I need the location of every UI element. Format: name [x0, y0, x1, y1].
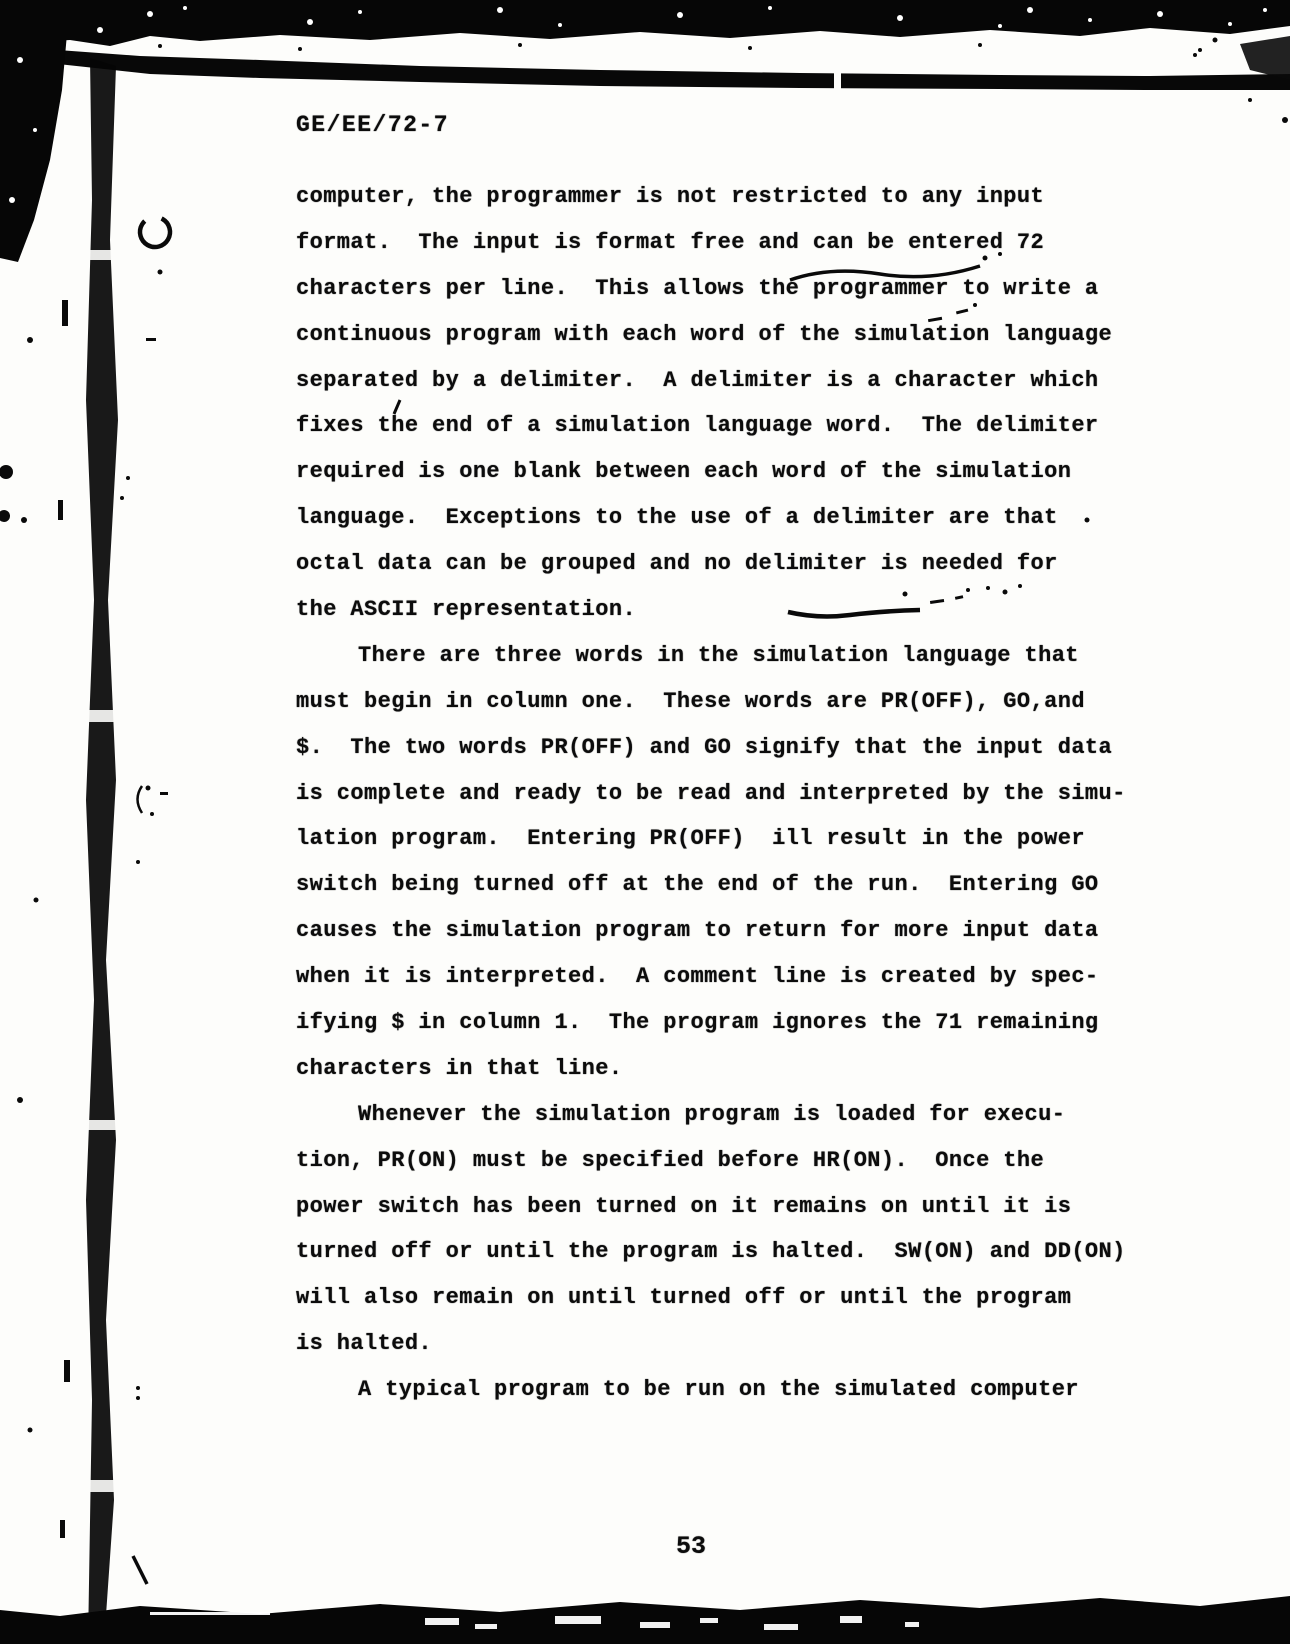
- text-line: octal data can be grouped and no delimit…: [296, 551, 1136, 597]
- text-line: characters in that line.: [296, 1056, 1136, 1102]
- text-line: when it is interpreted. A comment line i…: [296, 964, 1136, 1010]
- text-line: There are three words in the simulation …: [296, 643, 1136, 689]
- text-line: tion, PR(ON) must be specified before HR…: [296, 1148, 1136, 1194]
- text-line: computer, the programmer is not restrict…: [296, 184, 1136, 230]
- page-number: 53: [676, 1532, 706, 1561]
- text-line: Whenever the simulation program is loade…: [296, 1102, 1136, 1148]
- scan-artifact-margin-marks: [0, 270, 168, 1539]
- text-line: language. Exceptions to the use of a del…: [296, 505, 1136, 551]
- scan-artifact-speckles-top: [43, 6, 1267, 33]
- text-line: separated by a delimiter. A delimiter is…: [296, 368, 1136, 414]
- text-line: turned off or until the program is halte…: [296, 1239, 1136, 1285]
- text-line: fixes the end of a simulation language w…: [296, 413, 1136, 459]
- scan-artifact-paren: [138, 786, 143, 813]
- scan-artifact-speckles-bottom: [150, 1612, 919, 1630]
- document-header: GE/EE/72-7: [296, 112, 449, 138]
- scan-artifact-ring: [135, 212, 176, 253]
- scan-artifact-strip-gaps: [88, 250, 118, 1492]
- text-block: computer, the programmer is not restrict…: [296, 184, 1136, 1423]
- scanned-document-page: GE/EE/72-7 computer, the programmer is n…: [0, 0, 1290, 1644]
- text-line: characters per line. This allows the pro…: [296, 276, 1136, 322]
- scan-artifact-left-corner: [0, 0, 70, 262]
- text-line: the ASCII representation.: [296, 597, 1136, 643]
- text-line: will also remain on until turned off or …: [296, 1285, 1136, 1331]
- text-line: continuous program with each word of the…: [296, 322, 1136, 368]
- text-line: must begin in column one. These words ar…: [296, 689, 1136, 735]
- text-line: format. The input is format free and can…: [296, 230, 1136, 276]
- text-line: A typical program to be run on the simul…: [296, 1377, 1136, 1423]
- text-line: lation program. Entering PR(OFF) ill res…: [296, 826, 1136, 872]
- scan-artifact-specks-gap: [158, 38, 1288, 124]
- text-line: $. The two words PR(OFF) and GO signify …: [296, 735, 1136, 781]
- text-line: ifying $ in column 1. The program ignore…: [296, 1010, 1136, 1056]
- scan-artifact-top-right-blob: [1240, 36, 1290, 80]
- text-line: power switch has been turned on it remai…: [296, 1194, 1136, 1240]
- scan-artifact-backslash: [133, 1556, 147, 1584]
- text-line: switch being turned off at the end of th…: [296, 872, 1136, 918]
- scan-artifact-streak: [58, 50, 1290, 90]
- scan-artifact-top-band: [0, 0, 1290, 46]
- text-line: causes the simulation program to return …: [296, 918, 1136, 964]
- text-line: is halted.: [296, 1331, 1136, 1377]
- text-line: required is one blank between each word …: [296, 459, 1136, 505]
- scan-artifact-left-strip: [86, 58, 118, 1644]
- scan-artifact-bottom-band: [0, 1596, 1290, 1644]
- text-line: is complete and ready to be read and int…: [296, 781, 1136, 827]
